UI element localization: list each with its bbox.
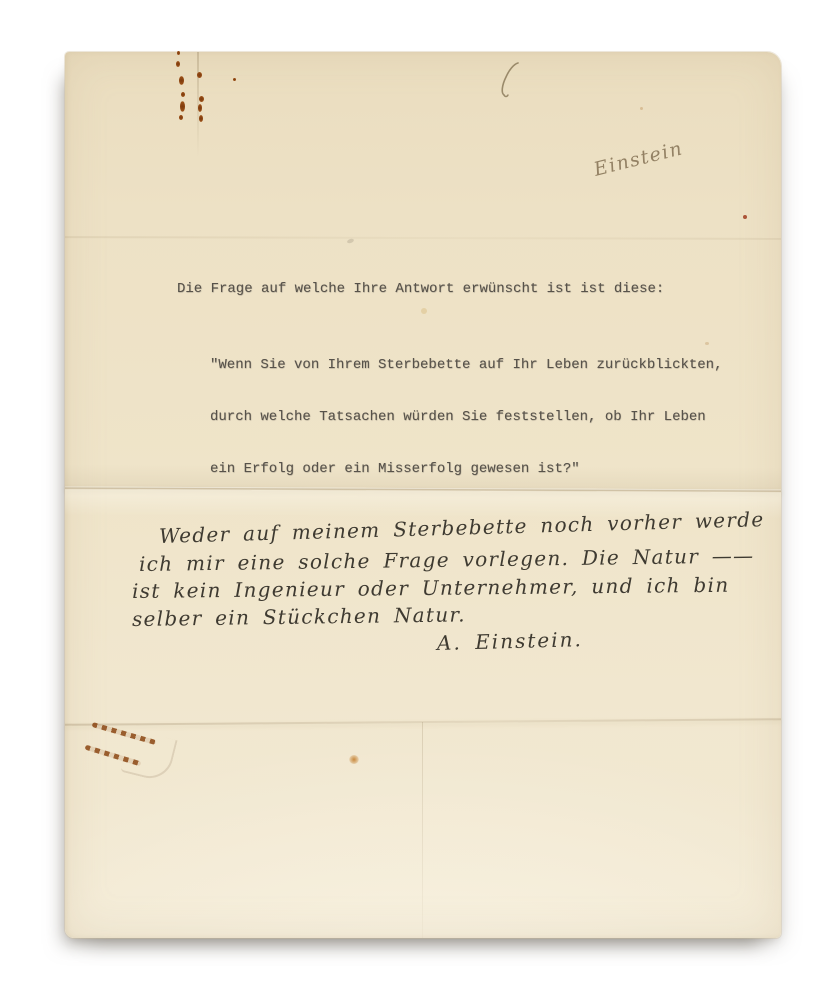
faint-smudge xyxy=(347,238,355,244)
rust-dot xyxy=(176,61,180,67)
typed-quote-line-3: ein Erfolg oder ein Misserfolg gewesen i… xyxy=(210,461,722,478)
rust-dot xyxy=(197,72,202,78)
typed-intro-line: Die Frage auf welche Ihre Antwort erwüns… xyxy=(177,281,664,297)
rust-dot xyxy=(179,76,184,85)
photo-background: Einstein Die Frage auf welche Ihre Antwo… xyxy=(0,0,840,998)
tiny-speck xyxy=(640,107,643,110)
rust-dot xyxy=(179,115,183,120)
typed-question-block: "Wenn Sie von Ihrem Sterbebette auf Ihr … xyxy=(210,322,722,513)
pencil-squiggle-mark xyxy=(497,60,523,100)
rust-dot xyxy=(199,115,203,122)
fold-crease-lower xyxy=(65,718,781,726)
paperclip-impression-mark xyxy=(120,729,177,783)
faint-foxing-spot xyxy=(421,308,427,314)
pencil-annotation: Einstein xyxy=(592,137,686,180)
fold-crease-upper xyxy=(65,236,781,240)
handwritten-line-3: ist kein Ingenieur oder Unternehmer, und… xyxy=(132,573,730,603)
handwritten-line-2: ich mir eine solche Frage vorlegen. Die … xyxy=(139,543,755,576)
rust-dot xyxy=(181,92,185,97)
rust-dot xyxy=(177,51,180,55)
typed-quote-line-2: durch welche Tatsachen würden Sie festst… xyxy=(210,409,722,426)
rust-dot xyxy=(198,104,202,112)
typed-quote-line-1: "Wenn Sie von Ihrem Sterbebette auf Ihr … xyxy=(210,357,722,374)
rust-dot xyxy=(199,96,204,102)
vertical-crease-bottom xyxy=(422,722,423,938)
einstein-signature: A. Einstein. xyxy=(437,627,583,655)
foxing-spot xyxy=(349,755,359,764)
letter-paper-sheet: Einstein Die Frage auf welche Ihre Antwo… xyxy=(65,52,781,938)
handwritten-line-4: selber ein Stückchen Natur. xyxy=(132,602,466,631)
rust-dot xyxy=(180,101,185,112)
rust-dot xyxy=(233,78,236,81)
small-red-speck xyxy=(743,215,747,219)
